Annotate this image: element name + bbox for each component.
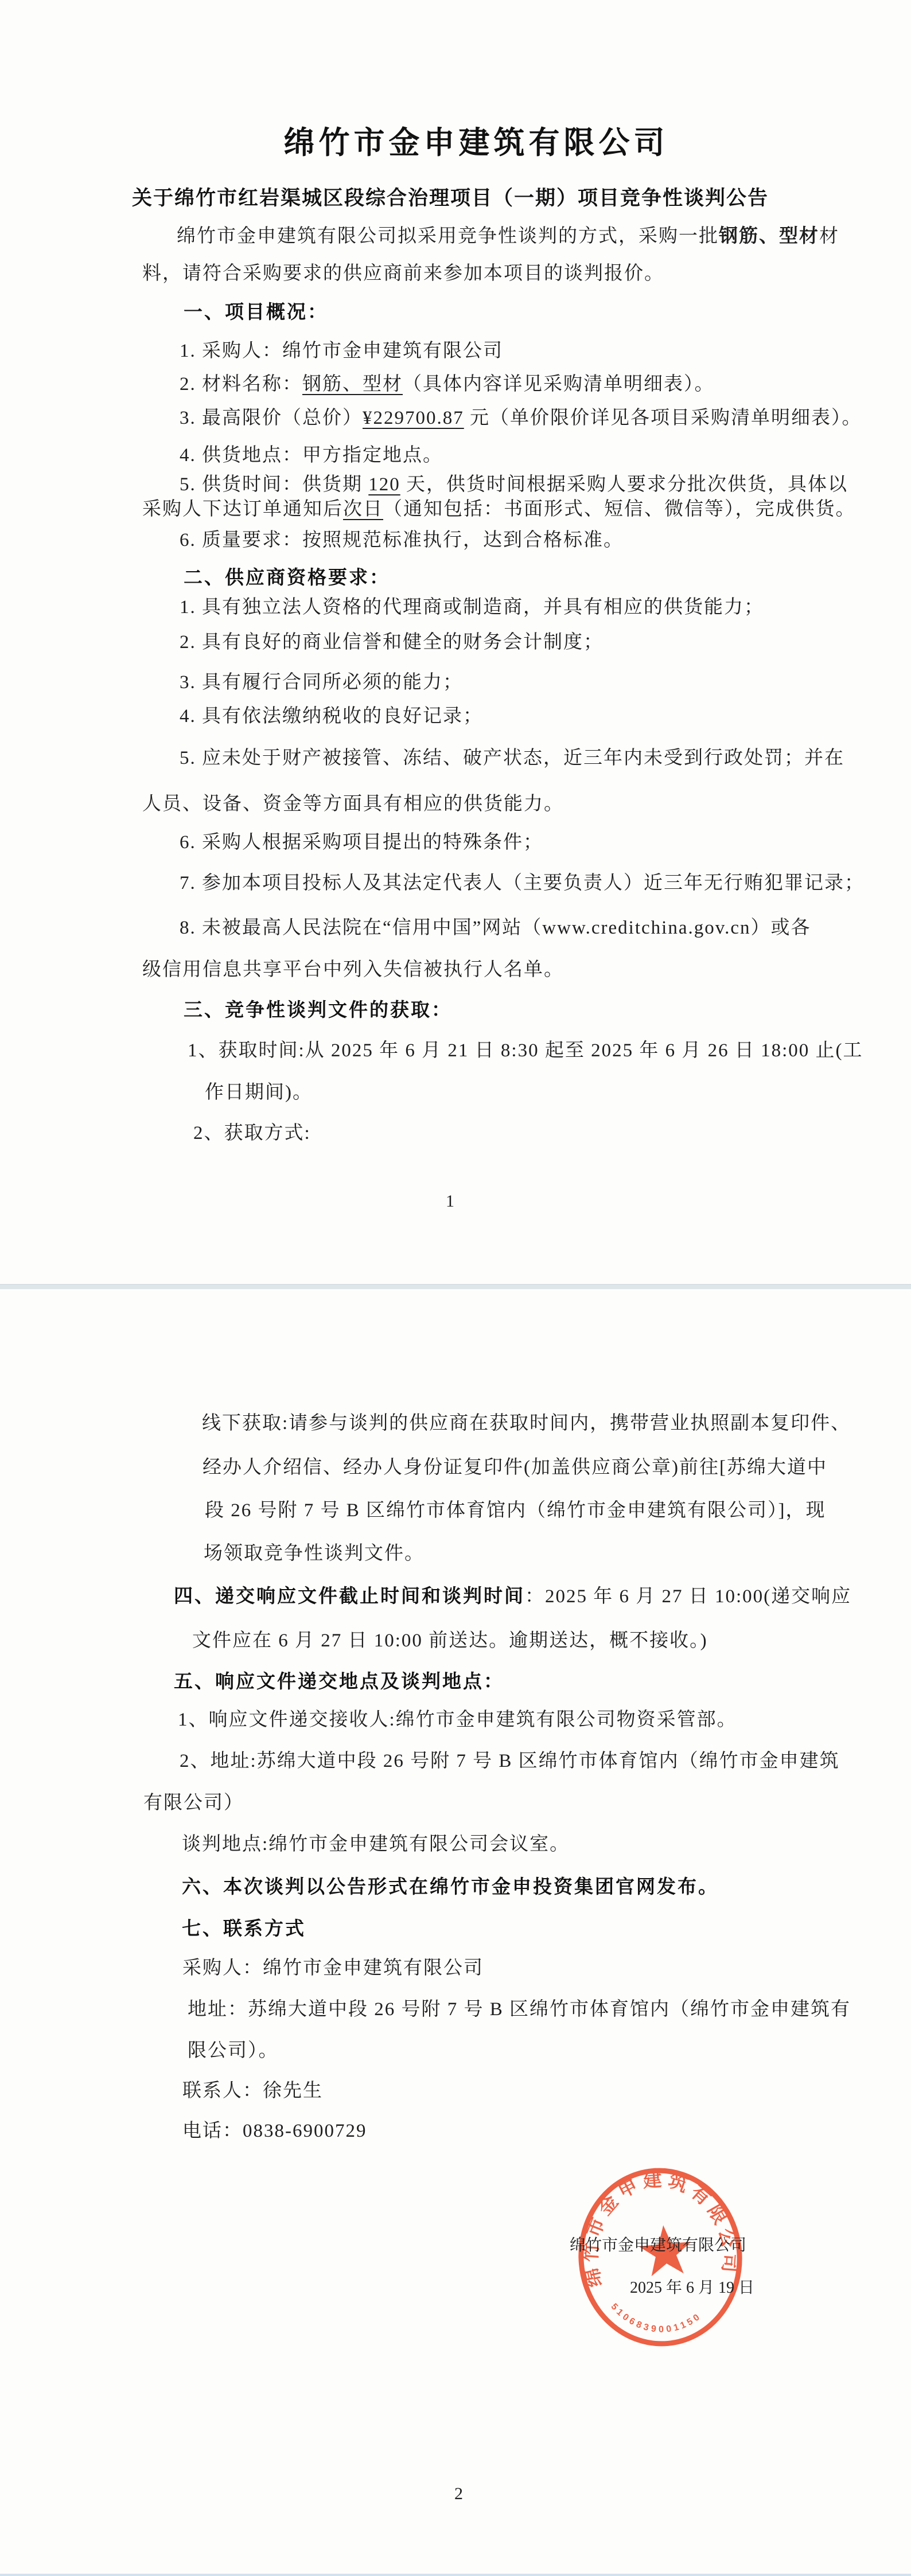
- section-2-heading: 二、供应商资格要求：: [184, 565, 390, 589]
- underlined-material: 钢筋、型材: [302, 374, 403, 395]
- page-2-number: 2: [454, 2483, 463, 2505]
- contact-person: 联系人：徐先生: [182, 2079, 323, 2103]
- intro-line-2: 料，请符合采购要求的供应商前来参加本项目的谈判报价。: [142, 262, 664, 286]
- obtain-method: 2、获取方式:: [193, 1122, 311, 1145]
- section-7-heading: 七、联系方式: [182, 1917, 306, 1940]
- contact-address-line-2: 限公司）。: [188, 2039, 279, 2063]
- svg-text:绵竹市金申建筑有限公司: 绵竹市金申建筑有限公司: [574, 2165, 743, 2292]
- offline-obtain-line-4: 场领取竞争性谈判文件。: [204, 1542, 425, 1566]
- section-4-heading: 四、递交响应文件截止时间和谈判时间：2025 年 6 月 27 日 10:00(…: [174, 1584, 851, 1609]
- contact-buyer: 采购人：绵竹市金申建筑有限公司: [182, 1957, 484, 1980]
- seal-group: 绵竹市金申建筑有限公司 5106839001150: [574, 2165, 746, 2349]
- submit-receiver: 1、响应文件递交接收人:绵竹市金申建筑有限公司物资采管部。: [178, 1708, 737, 1732]
- underlined-days: 120: [368, 474, 400, 495]
- offline-obtain-line-3: 段 26 号附 7 号 B 区绵竹市体育馆内（绵竹市金申建筑有限公司）]，现: [205, 1499, 826, 1523]
- obtain-time-line-2: 作日期间)。: [205, 1081, 313, 1104]
- bold-material-names: 钢筋、型材: [719, 225, 819, 246]
- item-purchaser: 1. 采购人：绵竹市金申建筑有限公司: [180, 339, 503, 363]
- offline-obtain-line-1: 线下获取:请参与谈判的供应商在获取时间内，携带营业执照副本复印件、: [202, 1412, 851, 1435]
- contact-address-line-1: 地址：苏绵大道中段 26 号附 7 号 B 区绵竹市体育馆内（绵竹市金申建筑有: [188, 1998, 851, 2021]
- qualification-7: 7. 参加本项目投标人及其法定代表人（主要负责人）近三年无行贿犯罪记录；: [180, 872, 865, 895]
- section-4-line-2: 文件应在 6 月 27 日 10:00 前送达。逾期送达，概不接收。): [192, 1629, 708, 1653]
- item-quality: 6. 质量要求：按照规范标准执行，达到合格标准。: [180, 529, 624, 552]
- contact-phone: 电话：0838-6900729: [182, 2120, 367, 2143]
- item-delivery-place: 4. 供货地点：甲方指定地点。: [180, 444, 443, 467]
- qualification-5-line-2: 人员、设备、资金等方面具有相应的供货能力。: [142, 793, 564, 816]
- doc-title: 绵竹市金申建筑有限公司: [284, 124, 669, 163]
- qualification-1: 1. 具有独立法人资格的代理商或制造商，并具有相应的供货能力；: [180, 596, 764, 619]
- negotiation-place: 谈判地点:绵竹市金申建筑有限公司会议室。: [182, 1833, 570, 1856]
- seal-arc-text: 绵竹市金申建筑有限公司: [574, 2165, 743, 2292]
- document-page-2: 线下获取:请参与谈判的供应商在获取时间内，携带营业执照副本复印件、 经办人介绍信…: [0, 1289, 911, 2576]
- item-delivery-time-2: 采购人下达订单通知后次日（通知包括：书面形式、短信、微信等），完成供货。: [142, 498, 856, 521]
- page-1-number: 1: [446, 1191, 454, 1212]
- section-5-heading: 五、响应文件递交地点及谈判地点：: [174, 1669, 504, 1693]
- section-3-heading: 三、竞争性谈判文件的获取：: [184, 998, 452, 1021]
- company-seal: 绵竹市金申建筑有限公司 5106839001150: [574, 2165, 746, 2349]
- underlined-price: ¥229700.87: [363, 408, 464, 428]
- document-page-1: 绵竹市金申建筑有限公司 关于绵竹市红岩渠城区段综合治理项目（一期）项目竞争性谈判…: [0, 0, 911, 1285]
- item-delivery-time-1: 5. 供货时间：供货期 120 天，供货时间根据采购人要求分批次供货，具体以: [180, 473, 848, 497]
- qualification-5-line-1: 5. 应未处于财产被接管、冻结、破产状态，近三年内未受到行政处罚；并在: [180, 747, 844, 770]
- item-material-name: 2. 材料名称：钢筋、型材（具体内容详见采购清单明细表）。: [180, 373, 715, 396]
- offline-obtain-line-2: 经办人介绍信、经办人身份证复印件(加盖供应商公章)前往[苏绵大道中: [203, 1456, 827, 1480]
- doc-subtitle: 关于绵竹市红岩渠城区段综合治理项目（一期）项目竞争性谈判公告: [132, 186, 769, 211]
- qualification-3: 3. 具有履行合同所必须的能力；: [180, 671, 463, 694]
- item-max-price: 3. 最高限价（总价）¥229700.87 元（单价限价详见各项目采购清单明细表…: [180, 407, 862, 430]
- signature-date: 2025 年 6 月 19 日: [630, 2278, 754, 2298]
- qualification-6: 6. 采购人根据采购项目提出的特殊条件；: [180, 831, 543, 854]
- section-1-heading: 一、项目概况：: [184, 300, 328, 323]
- qualification-8-line-2: 级信用信息共享平台中列入失信被执行人名单。: [142, 958, 564, 982]
- signature-company: 绵竹市金申建筑有限公司: [570, 2235, 746, 2255]
- intro-line-1: 绵竹市金申建筑有限公司拟采用竞争性谈判的方式，采购一批钢筋、型材材: [177, 224, 839, 248]
- section-6-heading: 六、本次谈判以公告形式在绵竹市金申投资集团官网发布。: [182, 1875, 719, 1898]
- qualification-2: 2. 具有良好的商业信誉和健全的财务会计制度；: [180, 631, 604, 654]
- qualification-4: 4. 具有依法缴纳税收的良好记录；: [180, 705, 483, 728]
- qualification-8-line-1: 8. 未被最高人民法院在“信用中国”网站（www.creditchina.gov…: [180, 916, 811, 940]
- underlined-next-day: 次日: [343, 499, 383, 520]
- submit-address-line-2: 有限公司）: [143, 1792, 244, 1815]
- obtain-time-line-1: 1、获取时间:从 2025 年 6 月 21 日 8:30 起至 2025 年 …: [188, 1039, 863, 1063]
- scanned-document-viewer: 绵竹市金申建筑有限公司 关于绵竹市红岩渠城区段综合治理项目（一期）项目竞争性谈判…: [0, 0, 911, 2574]
- submit-address-line-1: 2、地址:苏绵大道中段 26 号附 7 号 B 区绵竹市体育馆内（绵竹市金申建筑: [180, 1750, 840, 1773]
